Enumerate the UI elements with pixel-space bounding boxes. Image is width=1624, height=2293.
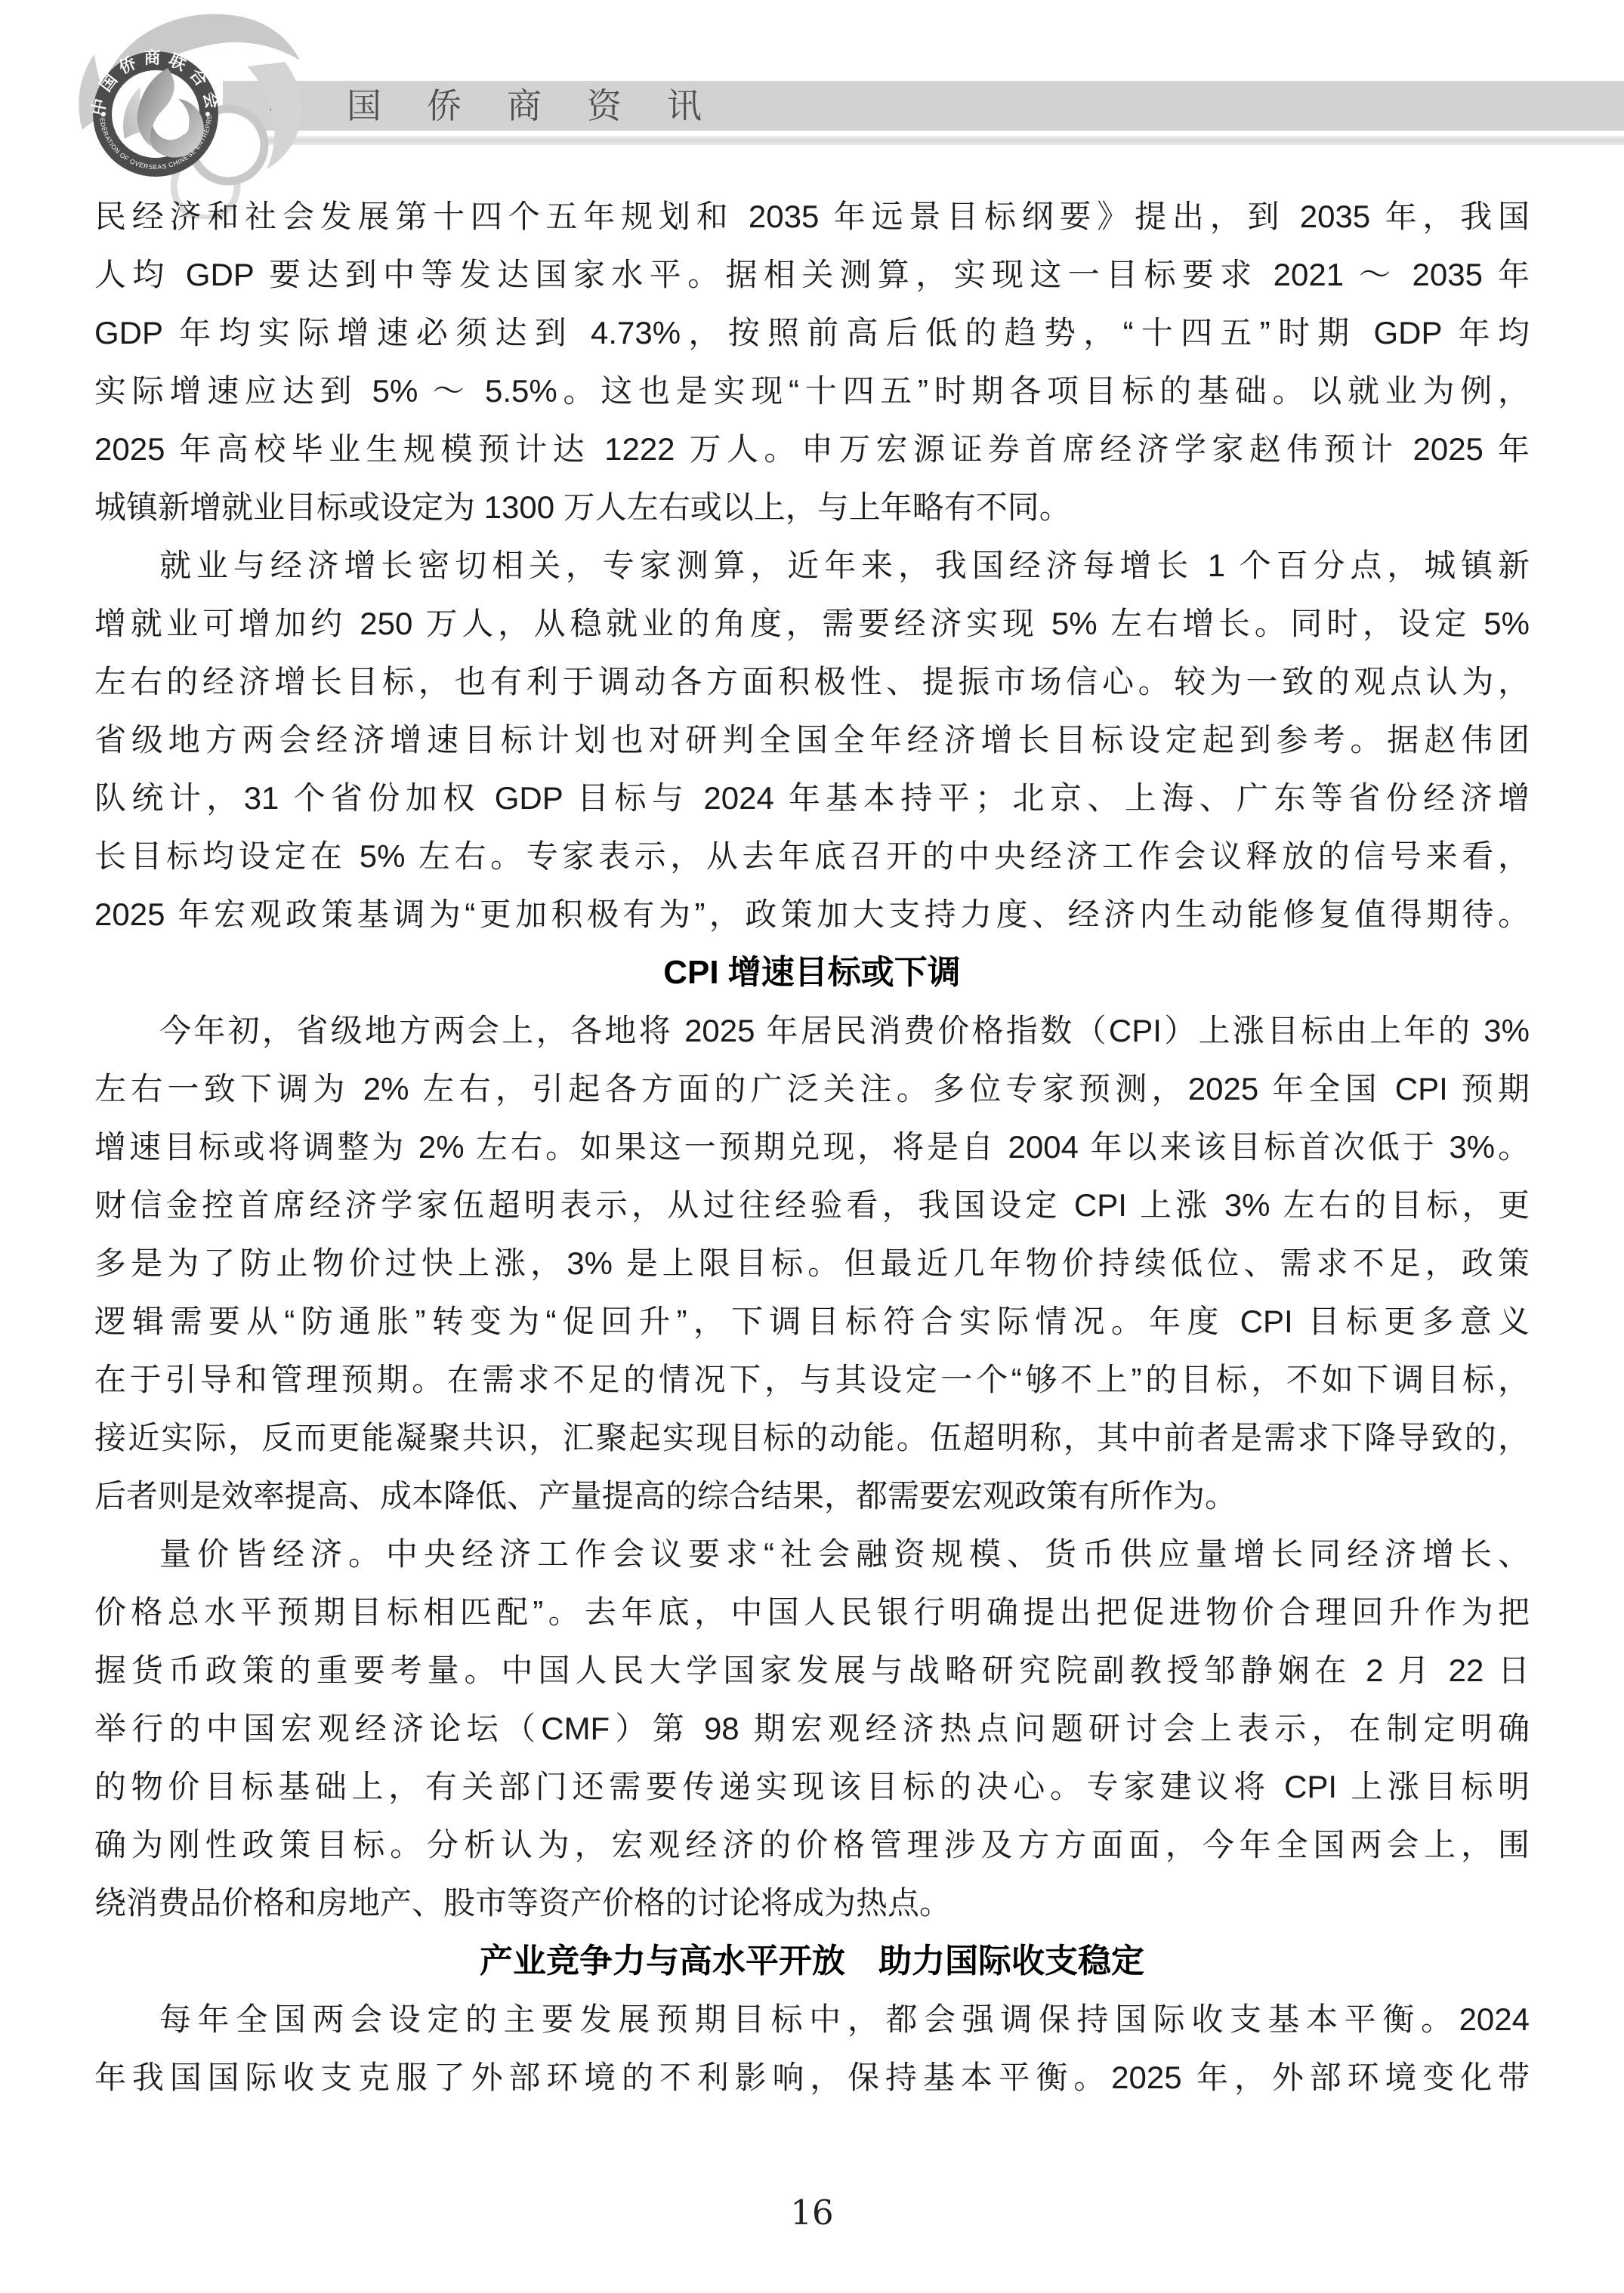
text-line: 长目标均设定在 5% 左右。专家表示，从去年底召开的中央经济工作会议释放的信号来… <box>94 827 1530 885</box>
header-banner-underline <box>223 136 1624 145</box>
text-line: 左右一致下调为 2% 左右，引起各方面的广泛关注。多位专家预测，2025 年全国… <box>94 1060 1530 1118</box>
text-line: 2025 年宏观政策基调为“更加积极有为”，政策加大支持力度、经济内生动能修复值… <box>94 885 1530 943</box>
text-line: 今年初，省级地方两会上，各地将 2025 年居民消费价格指数（CPI）上涨目标由… <box>94 1001 1530 1060</box>
text-line: 增就业可增加约 250 万人，从稳就业的角度，需要经济实现 5% 左右增长。同时… <box>94 594 1530 653</box>
text-line: 绕消费品价格和房地产、股市等资产价格的讨论将成为热点。 <box>94 1874 1530 1932</box>
text-line: 确为刚性政策目标。分析认为，宏观经济的价格管理涉及方方面面，今年全国两会上，围 <box>94 1816 1530 1874</box>
text-line: 量价皆经济。中央经济工作会议要求“社会融资规模、货币供应量增长同经济增长、 <box>94 1525 1530 1583</box>
text-line: 城镇新增就业目标或设定为 1300 万人左右或以上，与上年略有不同。 <box>94 478 1530 536</box>
text-line: 接近实际，反而更能凝聚共识，汇聚起实现目标的动能。伍超明称，其中前者是需求下降导… <box>94 1409 1530 1467</box>
text-line: 实际增速应达到 5% ～ 5.5%。这也是实现“十四五”时期各项目标的基础。以就… <box>94 362 1530 420</box>
text-line: GDP 年均实际增速必须达到 4.73%，按照前高后低的趋势，“十四五”时期 G… <box>94 304 1530 362</box>
text-line: 就业与经济增长密切相关，专家测算，近年来，我国经济每增长 1 个百分点，城镇新 <box>94 536 1530 594</box>
text-line: 举行的中国宏观经济论坛（CMF）第 98 期宏观经济热点问题研讨会上表示，在制定… <box>94 1699 1530 1758</box>
text-line: 的物价目标基础上，有关部门还需要传递实现该目标的决心。专家建议将 CPI 上涨目… <box>94 1758 1530 1816</box>
page-number: 16 <box>0 2193 1624 2233</box>
text-line: 价格总水平预期目标相匹配”。去年底，中国人民银行明确提出把促进物价合理回升作为把 <box>94 1583 1530 1641</box>
text-line: 队统计，31 个省份加权 GDP 目标与 2024 年基本持平；北京、上海、广东… <box>94 769 1530 827</box>
text-line: 在于引导和管理预期。在需求不足的情况下，与其设定一个“够不上”的目标，不如下调目… <box>94 1350 1530 1409</box>
header-banner: 中国侨商资讯 <box>223 81 1624 131</box>
text-line: 财信金控首席经济学家伍超明表示，从过往经验看，我国设定 CPI 上涨 3% 左右… <box>94 1176 1530 1234</box>
text-line: 逻辑需要从“防通胀”转变为“促回升”，下调目标符合实际情况。年度 CPI 目标更… <box>94 1292 1530 1350</box>
text-line: 年我国国际收支克服了外部环境的不利影响，保持基本平衡。2025 年，外部环境变化… <box>94 2048 1530 2106</box>
text-line: 后者则是效率提高、成本降低、产量提高的综合结果，都需要宏观政策有所作为。 <box>94 1467 1530 1525</box>
body-text: 民经济和社会发展第十四个五年规划和 2035 年远景目标纲要》提出，到 2035… <box>94 187 1530 2106</box>
federation-logo: 中国侨商联合会 CHINA FEDERATION OF OVERSEAS CHI… <box>19 0 366 219</box>
text-line: 民经济和社会发展第十四个五年规划和 2035 年远景目标纲要》提出，到 2035… <box>94 187 1530 245</box>
text-line: 省级地方两会经济增速目标计划也对研判全国全年经济增长目标设定起到参考。据赵伟团 <box>94 711 1530 769</box>
text-line: 2025 年高校毕业生规模预计达 1222 万人。申万宏源证券首席经济学家赵伟预… <box>94 420 1530 478</box>
text-line: 左右的经济增长目标，也有利于调动各方面积极性、提振市场信心。较为一致的观点认为， <box>94 653 1530 711</box>
text-line: 增速目标或将调整为 2% 左右。如果这一预期兑现，将是自 2004 年以来该目标… <box>94 1118 1530 1176</box>
section-heading: CPI 增速目标或下调 <box>94 943 1530 1001</box>
text-line: 握货币政策的重要考量。中国人民大学国家发展与战略研究院副教授邹静娴在 2 月 2… <box>94 1641 1530 1699</box>
text-line: 人均 GDP 要达到中等发达国家水平。据相关测算，实现这一目标要求 2021 ～… <box>94 245 1530 304</box>
text-line: 每年全国两会设定的主要发展预期目标中，都会强调保持国际收支基本平衡。2024 <box>94 1990 1530 2048</box>
text-line: 多是为了防止物价过快上涨，3% 是上限目标。但最近几年物价持续低位、需求不足，政… <box>94 1234 1530 1292</box>
section-heading: 产业竞争力与高水平开放 助力国际收支稳定 <box>94 1932 1530 1990</box>
document-page: 中国侨商资讯 <box>0 0 1624 2293</box>
